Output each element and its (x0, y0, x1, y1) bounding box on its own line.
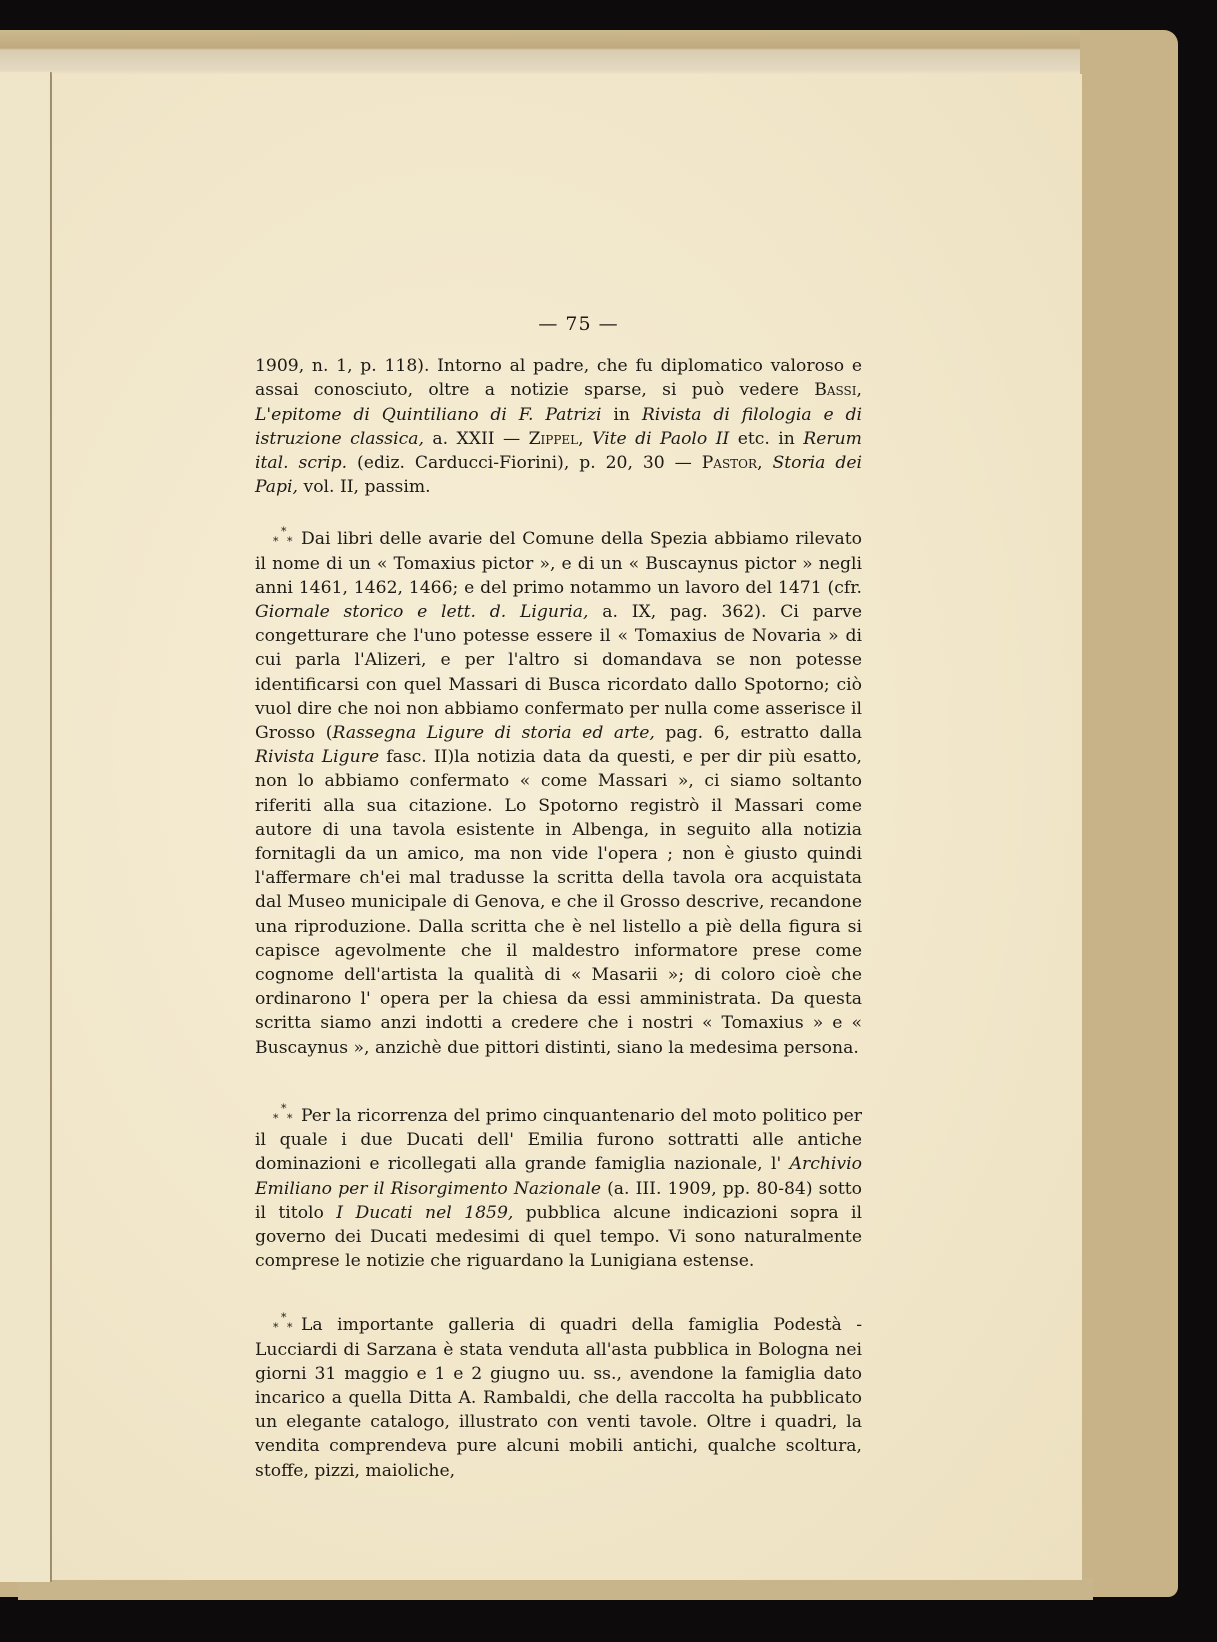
text-run: pag. 6, estratto dalla (655, 723, 862, 743)
italic-citation: Giornale storico e lett. d. Liguria, (255, 602, 588, 622)
text-run: Per la ricorrenza del primo cinquantenar… (255, 1106, 862, 1174)
italic-citation: Rivista Ligure (255, 747, 379, 767)
page-edges-bottom (18, 1578, 1093, 1600)
text-run: La importante galleria di quadri della f… (255, 1315, 862, 1480)
left-page-edge (0, 72, 51, 1582)
page-edges-top (0, 30, 1080, 74)
text-run: , (757, 453, 772, 473)
book-page: — 75 — 1909, n. 1, p. 118). Intorno al p… (52, 74, 1082, 1580)
text-run: fasc. II)la notizia data da questi, e pe… (255, 747, 862, 1057)
page-number: — 75 — (255, 312, 862, 336)
author-name: Bassi (814, 380, 856, 400)
text-run: (ediz. Carducci-Fiorini), p. 20, 30 — (347, 453, 702, 473)
text-run: in (602, 405, 642, 425)
text-run: vol. II, passim. (298, 477, 431, 497)
text-run: a. XXII — (424, 429, 529, 449)
italic-citation: I Ducati nel 1859, (336, 1203, 513, 1223)
text-run: etc. in (729, 429, 803, 449)
text-run: 1909, n. 1, p. 118). Intorno al padre, c… (255, 356, 862, 400)
italic-citation: Vite di Paolo II (592, 429, 729, 449)
paragraph: ***Dai libri delle avarie del Comune del… (255, 527, 862, 1059)
paragraph: 1909, n. 1, p. 118). Intorno al padre, c… (255, 354, 862, 499)
text-run: a. IX, pag. 362). Ci parve congetturare … (255, 602, 862, 743)
asterism-icon: *** (273, 530, 299, 544)
italic-citation: Rassegna Ligure di storia ed arte, (333, 723, 655, 743)
author-name: Zippel (529, 429, 579, 449)
paragraph: ***La importante galleria di quadri dell… (255, 1313, 862, 1482)
paragraph: ***Per la ricorrenza del primo cinquante… (255, 1104, 862, 1273)
asterism-icon: *** (273, 1107, 299, 1121)
page-content: — 75 — 1909, n. 1, p. 118). Intorno al p… (255, 312, 862, 1483)
text-run: , (578, 429, 592, 449)
author-name: Pastor (702, 453, 757, 473)
text-run: Dai libri delle avarie del Comune della … (255, 529, 862, 597)
italic-citation: L'epitome di Quintiliano di F. Patrizi (255, 405, 602, 425)
text-run: , (857, 380, 862, 400)
asterism-icon: *** (273, 1316, 299, 1330)
